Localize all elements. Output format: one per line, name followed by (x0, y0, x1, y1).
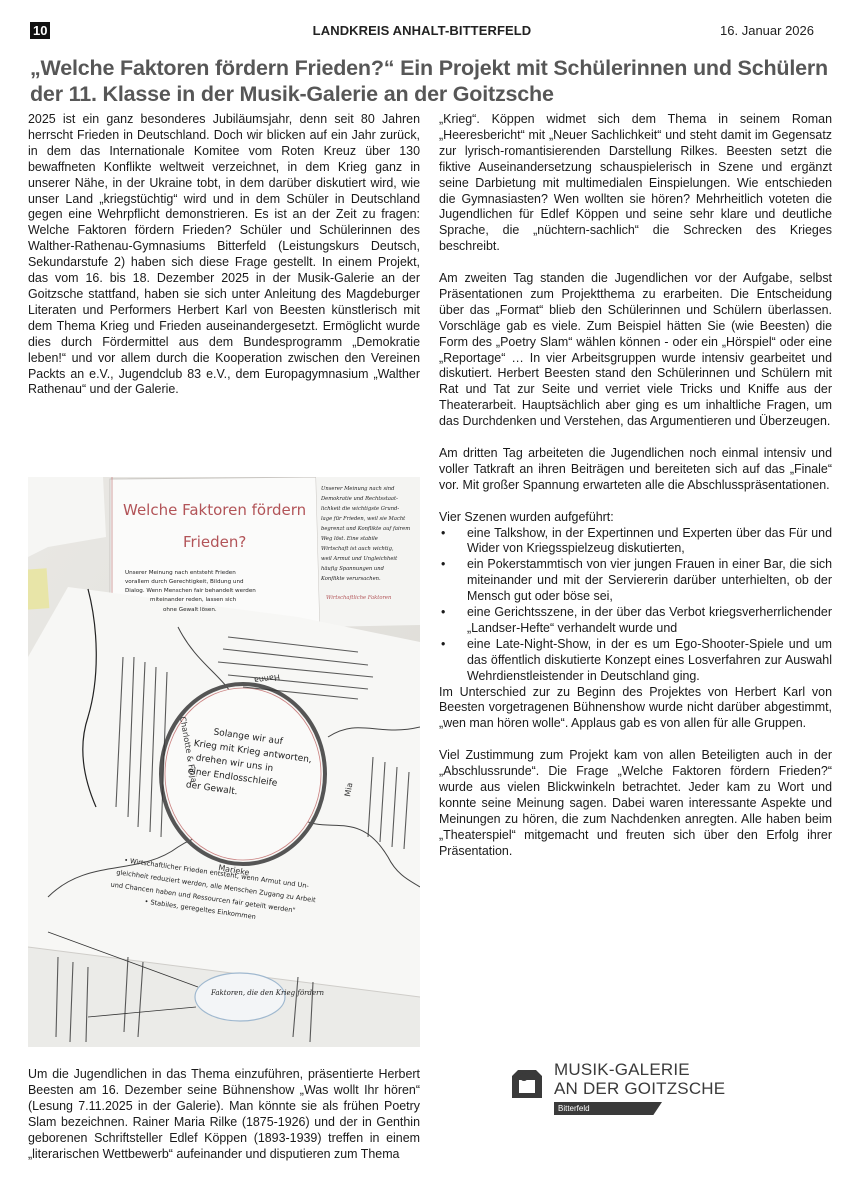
scene-item: eine Talkshow, in der Expertinnen und Ex… (439, 526, 832, 558)
applause-paragraph: Im Unterschied zur zu Beginn des Projekt… (439, 685, 832, 733)
page-header: 10 LANDKREIS ANHALT-BITTERFELD 16. Janua… (30, 22, 814, 42)
issue-date: 16. Januar 2026 (720, 23, 814, 38)
gallery-logo-icon (512, 1068, 542, 1098)
closing-paragraph: Viel Zustimmung zum Projekt kam von alle… (439, 748, 832, 859)
svg-text:Unserer Meinung nach sind: Unserer Meinung nach sind (321, 486, 395, 492)
intro-paragraph: 2025 ist ein ganz besonderes Jubiläumsja… (28, 112, 420, 398)
svg-text:begrenzt und Konflikte auf fai: begrenzt und Konflikte auf fairem (321, 526, 410, 532)
logo-wordmark: MUSIK-GALERIE AN DER GOITZSCHE (554, 1060, 725, 1098)
poster-title-line1: Welche Faktoren fördern (123, 501, 306, 519)
war-factors-bubble: Faktoren, die den Krieg fördern (210, 989, 325, 997)
svg-text:miteinander reden, lassen sich: miteinander reden, lassen sich (150, 597, 237, 603)
article-headline: „Welche Faktoren fördern Frieden?“ Ein P… (30, 55, 830, 107)
scene-item: eine Late-Night-Show, in der es um Ego-S… (439, 637, 832, 685)
logo-line1: MUSIK-GALERIE (554, 1060, 725, 1079)
scene-item: ein Pokerstammtisch von vier jungen Frau… (439, 557, 832, 605)
poster-title-line2: Frieden? (183, 533, 246, 551)
svg-text:Unserer Meinung nach entsteht: Unserer Meinung nach entsteht Frieden (125, 570, 236, 576)
scenes-intro: Vier Szenen wurden aufgeführt: (439, 510, 832, 526)
svg-text:ohne Gewalt lösen.: ohne Gewalt lösen. (163, 607, 217, 613)
svg-text:Konflikte verursachen.: Konflikte verursachen. (320, 576, 381, 582)
poster-photo-illustration: Welche Faktoren fördern Frieden? Unserer… (28, 477, 420, 1047)
svg-text:weil Armut und Ungleichheit: weil Armut und Ungleichheit (321, 556, 398, 562)
svg-text:Dialog. Wenn Menschen fair beh: Dialog. Wenn Menschen fair behandelt wer… (125, 588, 256, 594)
scene-item: eine Gerichtsszene, in der über das Verb… (439, 605, 832, 637)
svg-text:lage für Frieden, weil sie Mac: lage für Frieden, weil sie Macht (321, 516, 406, 522)
logo-line2: AN DER GOITZSCHE (554, 1079, 725, 1098)
section-name: LANDKREIS ANHALT-BITTERFELD (30, 23, 814, 38)
svg-text:Weg löst. Eine stabile: Weg löst. Eine stabile (321, 536, 378, 542)
project-photo: Welche Faktoren fördern Frieden? Unserer… (28, 477, 420, 1047)
logo-subtitle: Bitterfeld (554, 1102, 662, 1115)
scenes-list: eine Talkshow, in der Expertinnen und Ex… (439, 526, 832, 685)
day-two-paragraph: Am zweiten Tag standen die Jugendlichen … (439, 271, 832, 430)
koeppen-paragraph: „Krieg“. Köppen widmet sich dem Thema in… (439, 112, 832, 255)
svg-text:Demokratie und Rechtsstaat-: Demokratie und Rechtsstaat- (320, 496, 398, 502)
svg-text:Wirtschaft ist auch wichtig,: Wirtschaft ist auch wichtig, (321, 546, 394, 552)
svg-text:lichkeit die wichtigste Grund-: lichkeit die wichtigste Grund- (321, 506, 399, 512)
musik-galerie-logo: MUSIK-GALERIE AN DER GOITZSCHE Bitterfel… (512, 1060, 772, 1120)
svg-text:Wirtschaftliche Faktoren: Wirtschaftliche Faktoren (326, 595, 391, 601)
svg-text:vorallem durch Gerechtigkeit,: vorallem durch Gerechtigkeit, Bildung un… (125, 579, 244, 585)
left-column-top: 2025 ist ein ganz besonderes Jubiläumsja… (28, 112, 420, 398)
day-three-paragraph: Am dritten Tag arbeiteten die Jugendlich… (439, 446, 832, 494)
right-column: „Krieg“. Köppen widmet sich dem Thema in… (439, 112, 832, 860)
svg-text:häufig Spannungen und: häufig Spannungen und (321, 566, 385, 572)
left-column-bottom: Um die Jugendlichen in das Thema einzufü… (28, 1067, 420, 1162)
intro-show-paragraph: Um die Jugendlichen in das Thema einzufü… (28, 1067, 420, 1162)
